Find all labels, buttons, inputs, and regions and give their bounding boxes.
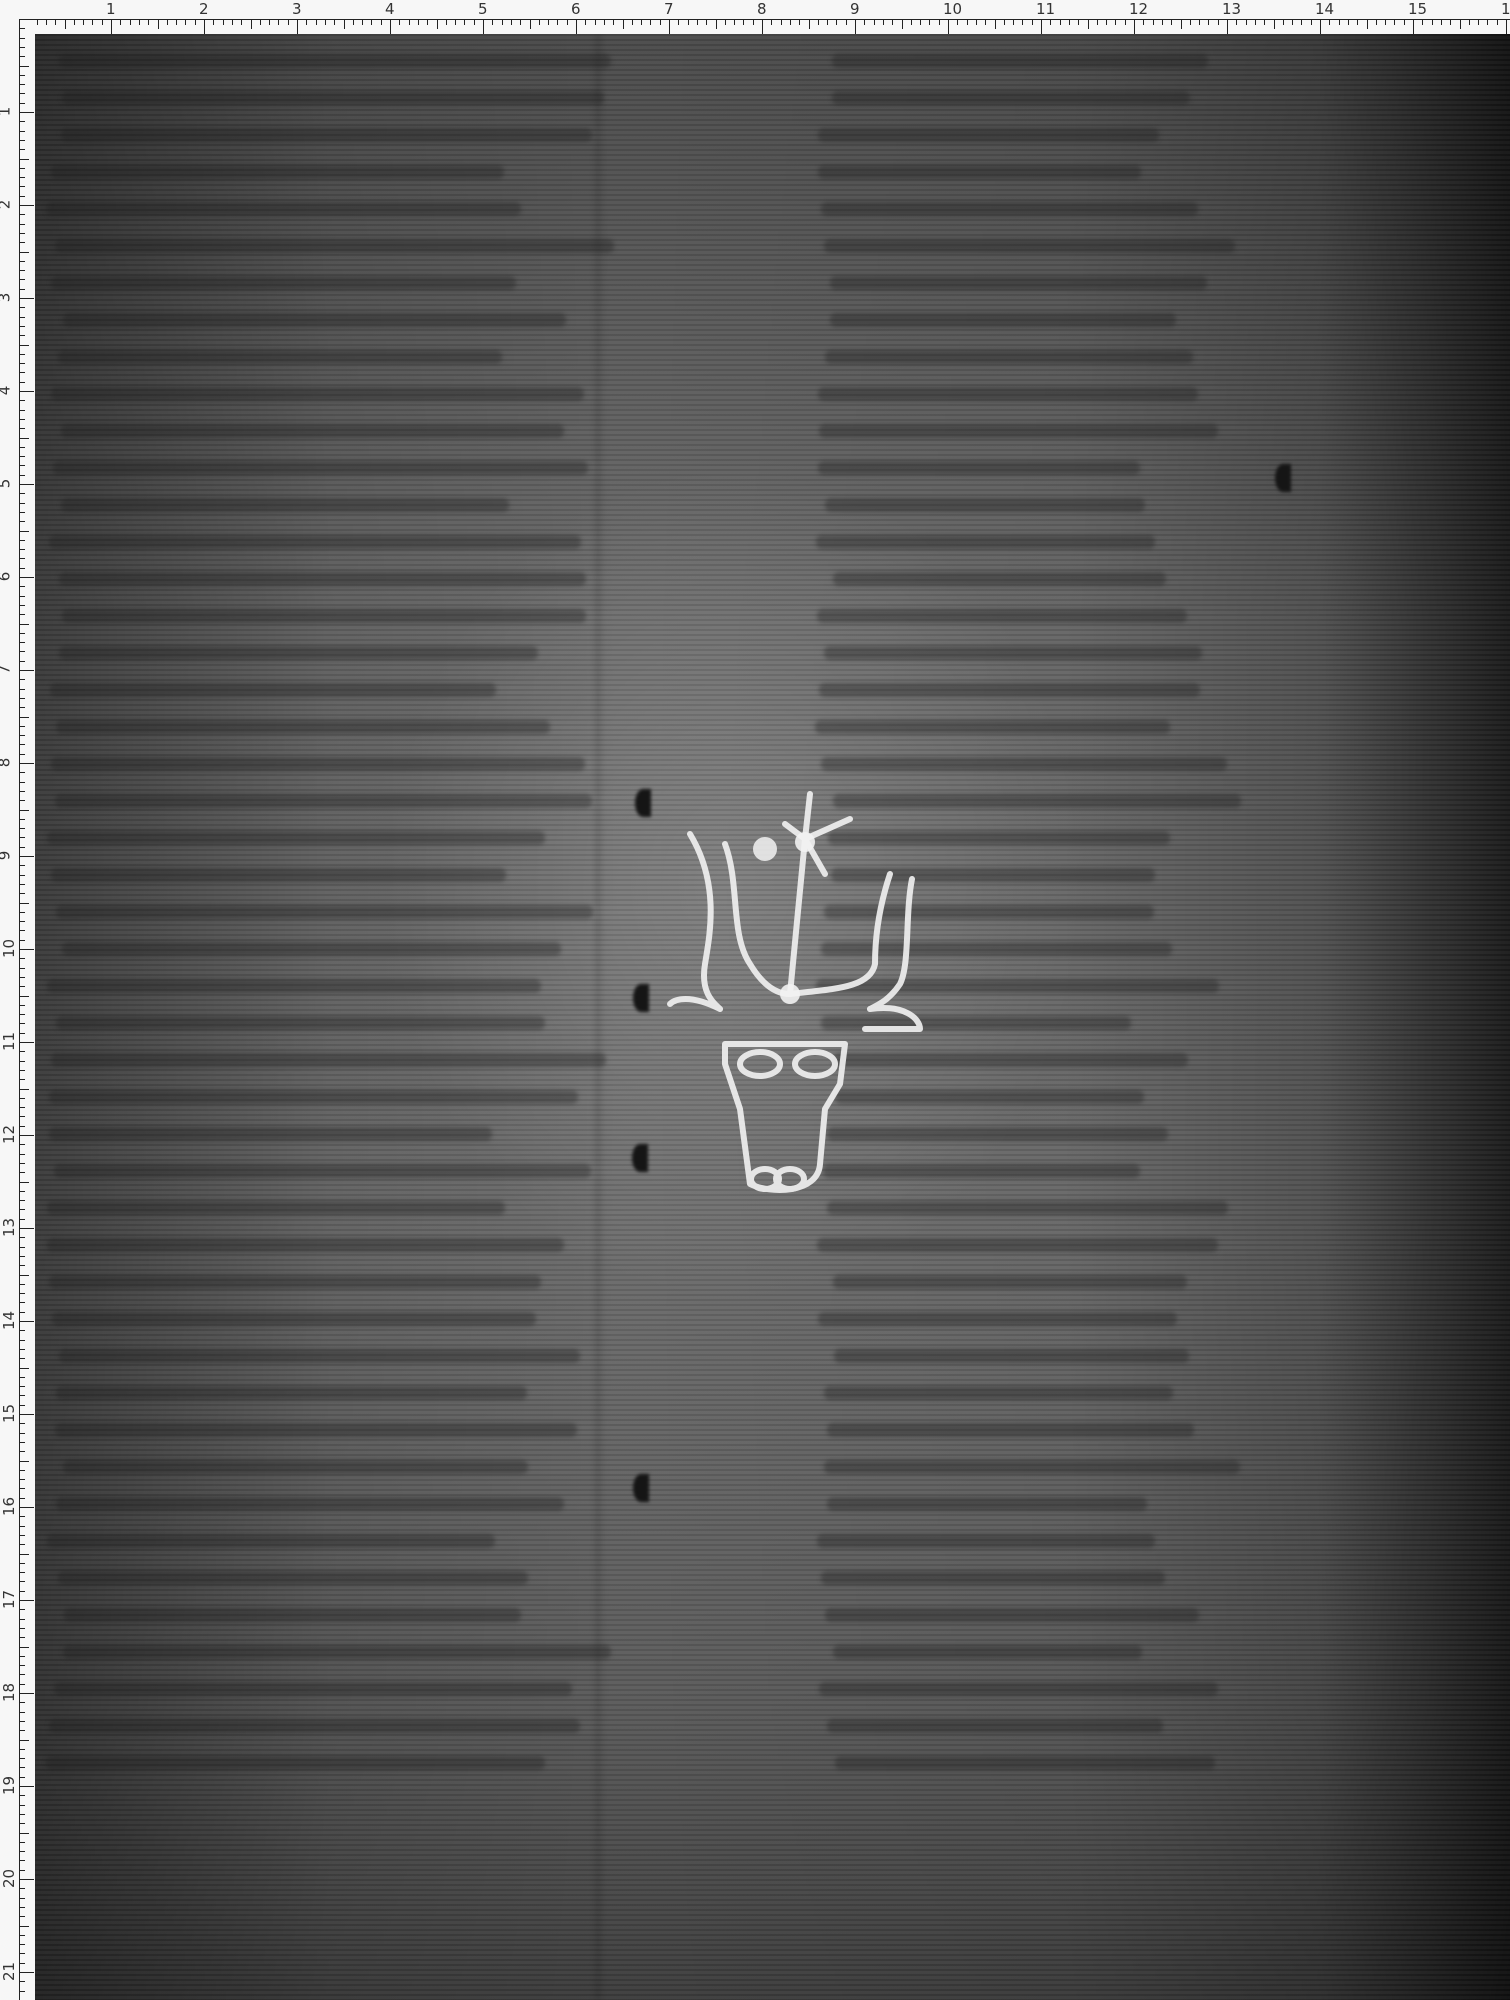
- ruler-tick: [1115, 19, 1116, 25]
- ruler-tick: [1432, 19, 1433, 25]
- ruler-label: 11: [2, 1032, 17, 1051]
- ruler-tick: [1404, 19, 1405, 25]
- ruler-tick: [167, 19, 168, 25]
- ruler-tick: [1422, 19, 1423, 25]
- ruler-tick: [306, 19, 307, 25]
- ruler-tick: [1134, 19, 1135, 34]
- ruler-label: 2: [199, 2, 209, 17]
- ruler-tick: [241, 19, 242, 25]
- ruler-tick: [827, 19, 828, 25]
- ruler-tick: [1274, 19, 1275, 29]
- ruler-tick: [874, 19, 875, 25]
- ruler-tick: [650, 19, 651, 25]
- ruler-label: 5: [478, 2, 488, 17]
- ruler-tick: [371, 19, 372, 25]
- ruler-tick: [409, 19, 410, 25]
- ruler-tick: [706, 19, 707, 25]
- ruler-tick: [1106, 19, 1107, 25]
- ruler-tick: [1292, 19, 1293, 25]
- ruler-tick: [204, 19, 205, 34]
- ruler-tick: [781, 19, 782, 25]
- ruler-tick: [771, 19, 772, 25]
- stitch-mark: [633, 984, 649, 1012]
- ruler-tick: [446, 19, 447, 25]
- ruler-tick: [660, 19, 661, 25]
- ruler-tick: [232, 19, 233, 25]
- ruler-label: 2: [0, 200, 12, 210]
- ruler-tick: [613, 19, 614, 25]
- ruler-tick: [37, 19, 38, 25]
- ruler-tick: [1255, 19, 1256, 25]
- ruler-tick: [297, 19, 298, 34]
- ruler-label: 3: [0, 293, 12, 303]
- ruler-label: 7: [664, 2, 674, 17]
- ruler-tick: [585, 19, 586, 25]
- ruler-tick: [855, 19, 856, 34]
- ruler-tick: [176, 19, 177, 25]
- ruler-tick: [948, 19, 949, 34]
- ruler-label: 4: [0, 386, 12, 396]
- ruler-tick: [641, 19, 642, 25]
- ruler-tick: [148, 19, 149, 25]
- ruler-tick: [511, 19, 512, 25]
- ruler-tick: [223, 19, 224, 25]
- ruler-tick: [976, 19, 977, 25]
- ruler-tick: [567, 19, 568, 25]
- ruler-label: 12: [1129, 2, 1148, 17]
- ruler-tick: [1367, 19, 1368, 29]
- ruler-tick: [1320, 19, 1321, 34]
- ruler-tick: [316, 19, 317, 25]
- ruler-label: 18: [2, 1683, 17, 1702]
- ruler-tick: [520, 19, 521, 25]
- ruler-tick: [1060, 19, 1061, 25]
- ruler-tick: [1441, 19, 1442, 25]
- ruler-tick: [883, 19, 884, 25]
- ruler-tick: [1069, 19, 1070, 25]
- ruler-label: 14: [2, 1311, 17, 1330]
- ruler-tick: [1339, 19, 1340, 25]
- ruler-tick: [1246, 19, 1247, 25]
- ruler-tick: [325, 19, 326, 25]
- ruler-tick: [1050, 19, 1051, 25]
- ruler-tick: [1208, 19, 1209, 25]
- ruler-tick: [530, 19, 531, 29]
- ruler-tick: [1329, 19, 1330, 25]
- ruler-tick: [1478, 19, 1479, 25]
- ruler-tick: [353, 19, 354, 25]
- ruler-tick: [464, 19, 465, 25]
- gutter-fold: [595, 34, 601, 2000]
- ruler-left: 123456789101112131415161718192021: [0, 0, 34, 2000]
- ruler-tick: [492, 19, 493, 25]
- ruler-tick: [809, 19, 810, 29]
- ruler-tick: [1032, 19, 1033, 25]
- ruler-tick: [92, 19, 93, 25]
- ruler-label: 15: [2, 1404, 17, 1423]
- ruler-tick: [678, 19, 679, 25]
- ruler-tick: [1348, 19, 1349, 25]
- ruler-tick: [539, 19, 540, 25]
- ruler-label: 6: [0, 572, 12, 582]
- ruler-label: 8: [757, 2, 767, 17]
- ruler-tick: [1283, 19, 1284, 25]
- stitch-mark: [633, 1474, 649, 1502]
- ruler-tick: [1264, 19, 1265, 25]
- bull-head-watermark-icon: [650, 764, 950, 1214]
- ruler-tick: [1041, 19, 1042, 34]
- ruler-tick: [743, 19, 744, 25]
- ruler-label: 9: [850, 2, 860, 17]
- ruler-label: 15: [1408, 2, 1427, 17]
- ruler-label: 10: [2, 939, 17, 958]
- ruler-tick: [74, 19, 75, 25]
- ruler-tick: [1357, 19, 1358, 25]
- ruler-top: 012345678910111213141516: [0, 0, 1510, 34]
- ruler-tick: [1097, 19, 1098, 25]
- ruler-tick: [418, 19, 419, 25]
- ruler-tick: [260, 19, 261, 25]
- ruler-tick: [697, 19, 698, 25]
- ruler-label: 19: [2, 1776, 17, 1795]
- stitch-mark: [632, 1144, 648, 1172]
- ruler-tick: [213, 19, 214, 25]
- ruler-tick: [604, 19, 605, 25]
- ruler-tick: [474, 19, 475, 25]
- stitch-mark: [635, 789, 651, 817]
- ruler-label: 8: [0, 758, 12, 768]
- ruler-tick: [1394, 19, 1395, 25]
- ruler-tick: [334, 19, 335, 25]
- ruler-tick: [1143, 19, 1144, 25]
- ruler-tick: [502, 19, 503, 25]
- ruler-tick: [669, 19, 670, 34]
- ruler-label: 13: [1222, 2, 1241, 17]
- ruler-tick: [1413, 19, 1414, 34]
- ruler-tick: [1301, 19, 1302, 25]
- ruler-tick: [1218, 19, 1219, 25]
- ruler-tick: [836, 19, 837, 25]
- ruler-tick: [892, 19, 893, 25]
- ruler-label: 16: [2, 1497, 17, 1516]
- ruler-tick: [1022, 19, 1023, 25]
- ruler-tick: [139, 19, 140, 25]
- ruler-tick: [734, 19, 735, 25]
- ruler-tick: [1227, 19, 1228, 34]
- ruler-tick: [1181, 19, 1182, 29]
- ruler-tick: [288, 19, 289, 25]
- ruler-tick: [130, 19, 131, 25]
- ruler-label: 21: [2, 1962, 17, 1981]
- ruler-tick: [390, 19, 391, 34]
- ruler-tick: [1469, 19, 1470, 25]
- ruler-tick: [818, 19, 819, 25]
- ruler-tick: [1376, 19, 1377, 25]
- ruler-label: 14: [1315, 2, 1334, 17]
- ruler-tick: [251, 19, 252, 29]
- ruler-label: 7: [0, 665, 12, 675]
- ruler-tick: [1487, 19, 1488, 25]
- ruler-label: 12: [2, 1125, 17, 1144]
- ruler-label: 1: [106, 2, 116, 17]
- ruler-tick: [1385, 19, 1386, 25]
- ruler-label: 5: [0, 479, 12, 489]
- ruler-label: 13: [2, 1218, 17, 1237]
- ruler-label: 9: [0, 851, 12, 861]
- ruler-tick: [65, 19, 66, 29]
- stitch-mark: [1275, 464, 1291, 492]
- ruler-tick: [381, 19, 382, 25]
- ruler-tick: [1088, 19, 1089, 29]
- ruler-tick: [455, 19, 456, 25]
- ruler-label: 6: [571, 2, 581, 17]
- ruler-tick: [120, 19, 121, 25]
- ruler-tick: [437, 19, 438, 29]
- ruler-label: 10: [943, 2, 962, 17]
- ruler-tick: [632, 19, 633, 25]
- ruler-tick: [929, 19, 930, 25]
- ruler-tick: [158, 19, 159, 29]
- ruler-tick: [576, 19, 577, 34]
- ruler-tick: [102, 19, 103, 25]
- ruler-tick: [1162, 19, 1163, 25]
- ruler-tick: [790, 19, 791, 25]
- ruler-tick: [1004, 19, 1005, 25]
- ruler-tick: [278, 19, 279, 25]
- ruler-tick: [55, 19, 56, 25]
- ruler-tick: [623, 19, 624, 29]
- ruler-tick: [1236, 19, 1237, 25]
- ruler-tick: [344, 19, 345, 29]
- ruler-tick: [985, 19, 986, 25]
- ruler-label: 17: [2, 1590, 17, 1609]
- ruler-tick: [1506, 19, 1507, 34]
- ruler-tick: [939, 19, 940, 25]
- ruler-tick: [995, 19, 996, 29]
- ruler-tick: [483, 19, 484, 34]
- ruler-tick: [753, 19, 754, 25]
- ruler-tick: [716, 19, 717, 29]
- ruler-tick: [967, 19, 968, 25]
- ruler-tick: [269, 19, 270, 25]
- ruler-tick: [864, 19, 865, 25]
- ruler-tick: [111, 19, 112, 34]
- ruler-tick: [595, 19, 596, 25]
- ruler-label: 4: [385, 2, 395, 17]
- ruler-label: 11: [1036, 2, 1055, 17]
- ruler-tick: [920, 19, 921, 25]
- ruler-tick: [725, 19, 726, 25]
- ruler-tick: [799, 19, 800, 25]
- ruler-tick: [185, 19, 186, 25]
- ruler-tick: [1078, 19, 1079, 25]
- ruler-tick: [1013, 19, 1014, 25]
- ruler-tick: [1153, 19, 1154, 25]
- ruler-tick: [762, 19, 763, 34]
- ruler-tick: [1497, 19, 1498, 25]
- ruler-tick: [1460, 19, 1461, 29]
- ruler-tick: [1199, 19, 1200, 25]
- ruler-label: 1: [0, 107, 12, 117]
- ruler-tick: [1450, 19, 1451, 25]
- ruler-tick: [1311, 19, 1312, 25]
- ruler-label: 20: [2, 1869, 17, 1888]
- ruler-label: 3: [292, 2, 302, 17]
- ruler-tick: [557, 19, 558, 25]
- ruler-tick: [427, 19, 428, 25]
- ruler-tick: [362, 19, 363, 25]
- ruler-tick: [911, 19, 912, 25]
- ruler-tick: [846, 19, 847, 25]
- ruler-tick: [399, 19, 400, 25]
- ruler-tick: [548, 19, 549, 25]
- ruler-tick: [83, 19, 84, 25]
- ruler-tick: [46, 19, 47, 25]
- ruler-tick: [1171, 19, 1172, 25]
- manuscript-scan: [35, 34, 1510, 2000]
- ruler-tick: [688, 19, 689, 25]
- ruler-tick: [957, 19, 958, 25]
- ruler-tick: [195, 19, 196, 25]
- ruler-tick: [902, 19, 903, 29]
- ruler-label: 16: [1501, 2, 1510, 17]
- ruler-tick: [1190, 19, 1191, 25]
- ruler-tick: [1125, 19, 1126, 25]
